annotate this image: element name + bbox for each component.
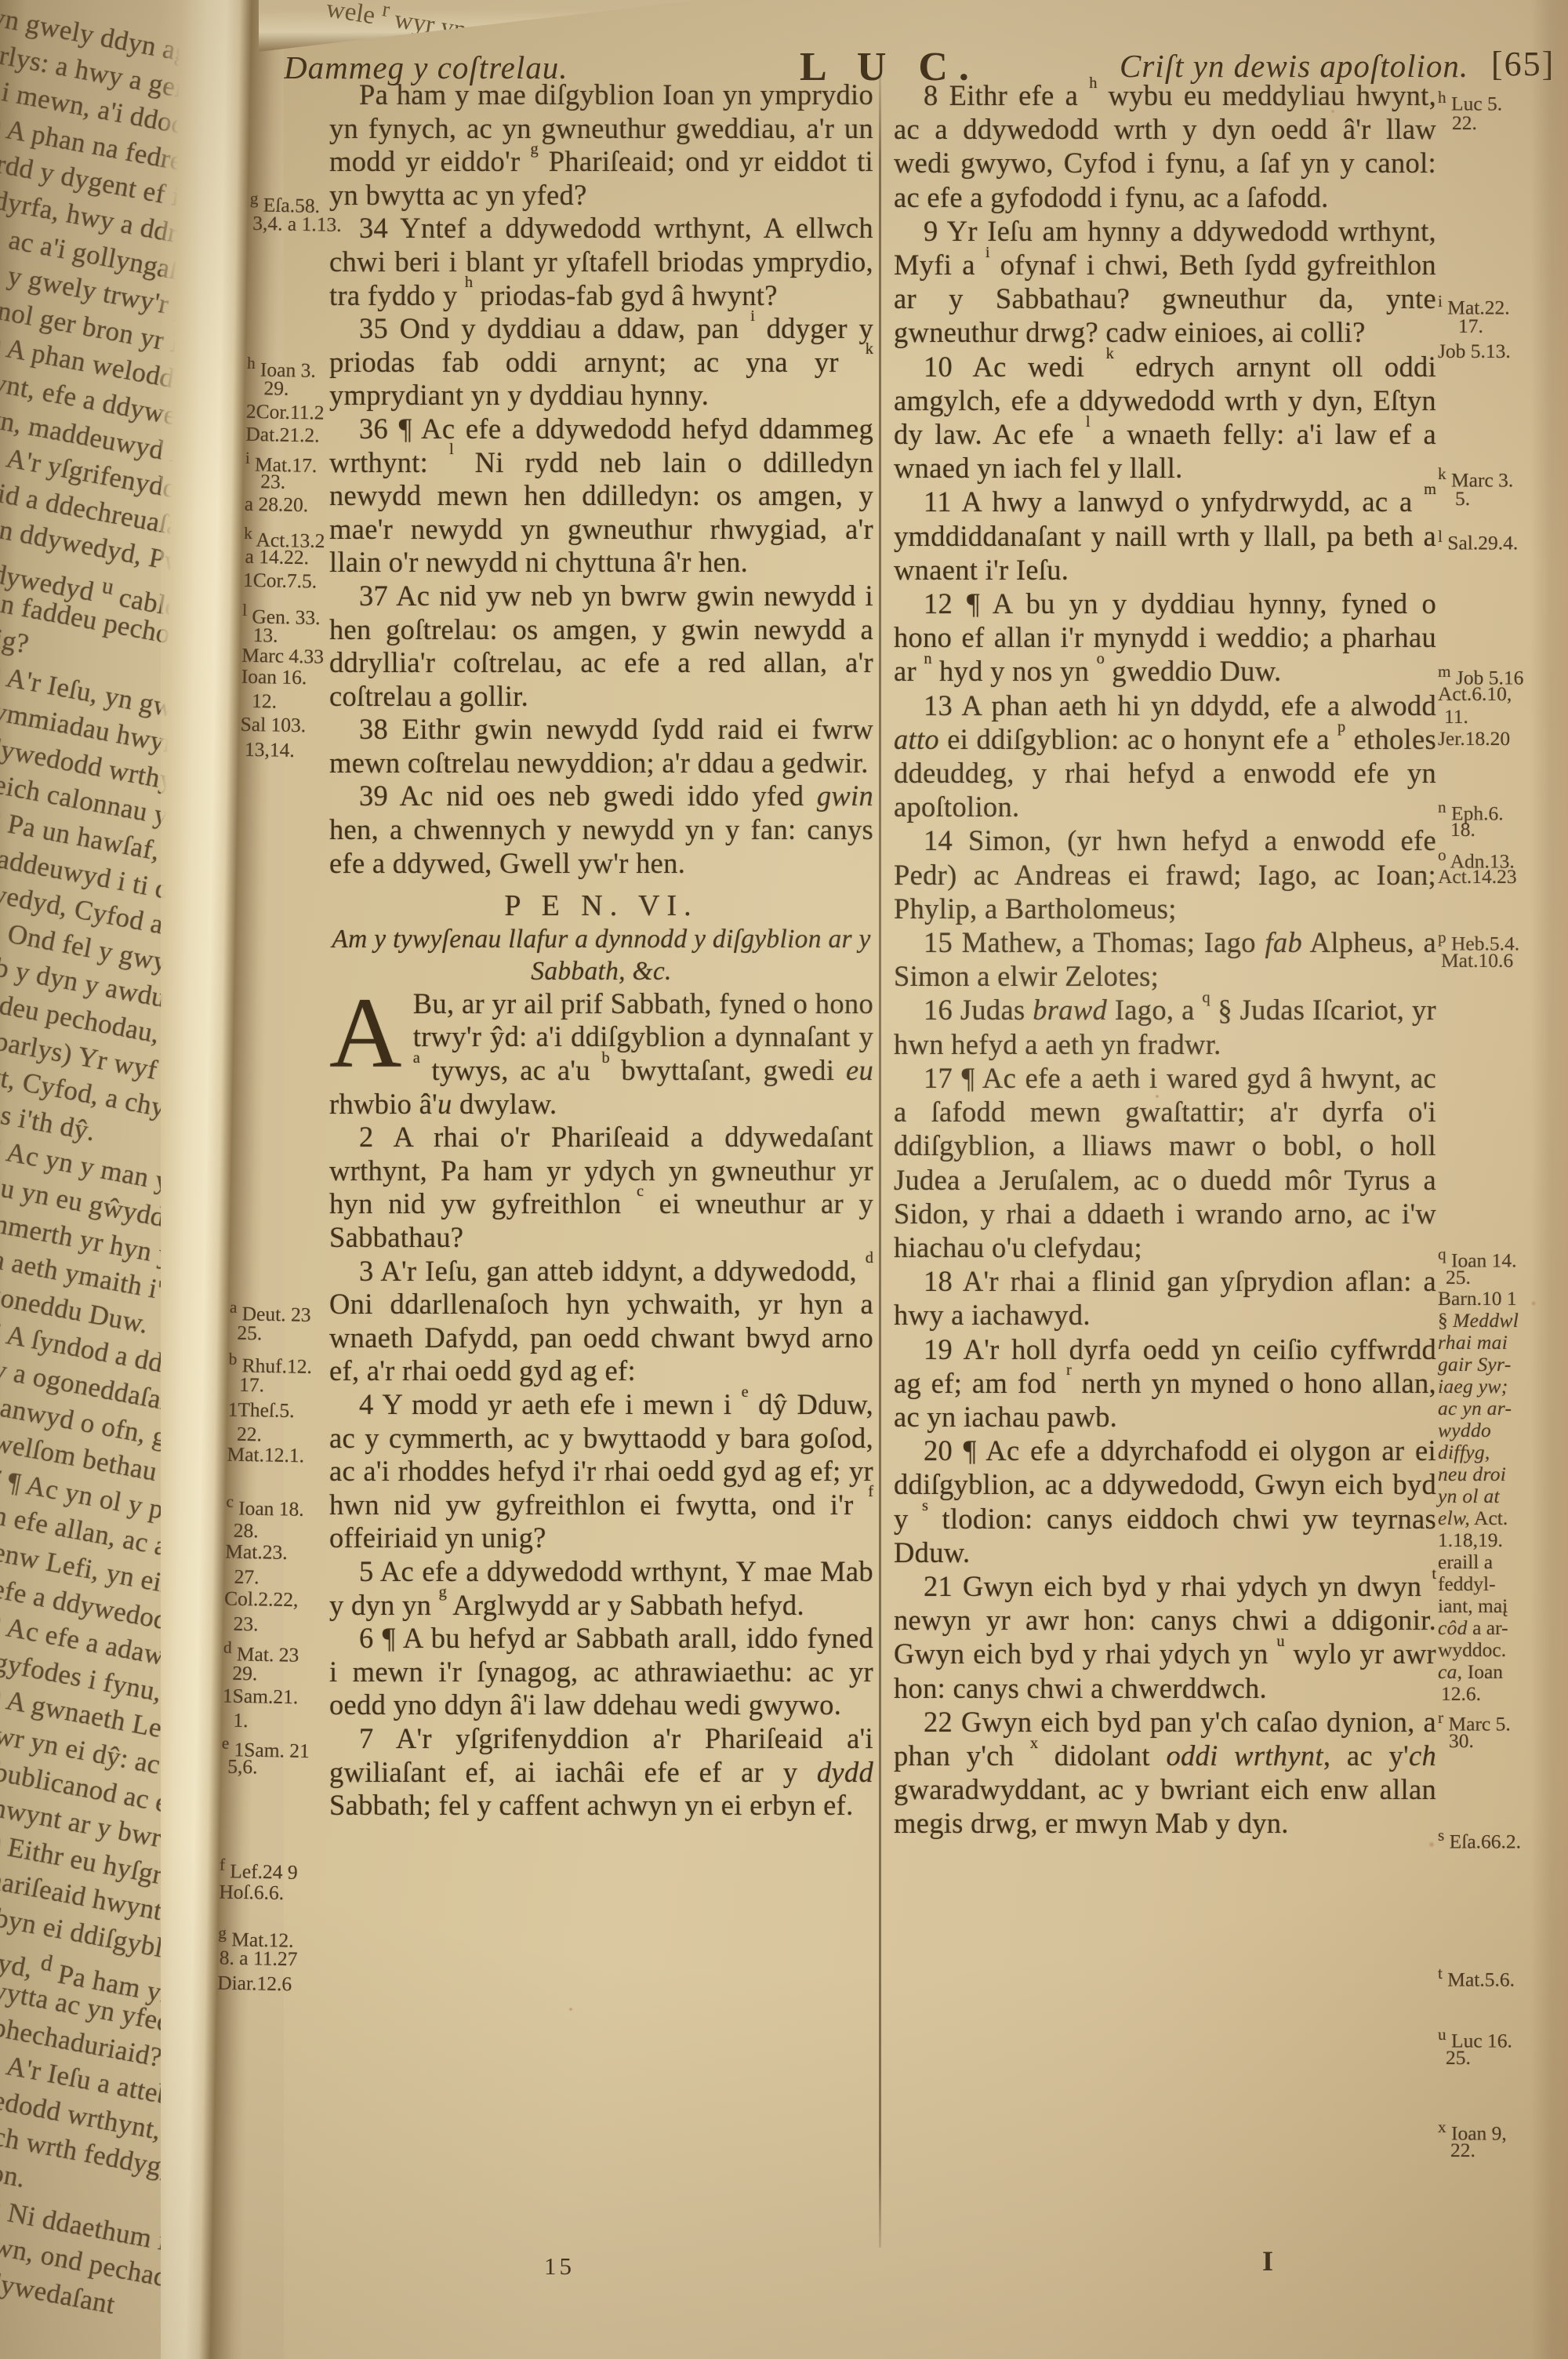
margin-note: iant, maį	[1438, 1595, 1508, 1617]
verse-paragraph: 9 Yr Ieſu am hynny a ddywedodd wrthynt, …	[894, 214, 1436, 350]
verse-paragraph: 22 Gwyn eich byd pan y'ch caſao dynion, …	[894, 1705, 1436, 1841]
margin-note: 30.	[1449, 1730, 1474, 1752]
margin-note: Diar.12.6	[217, 1972, 292, 1995]
margin-note: wyddoc.	[1438, 1639, 1506, 1661]
verse-paragraph: 15 Mathew, a Thomas; Iago fab Alpheus, a…	[894, 925, 1436, 993]
margin-note: 3,4. a 1.13.	[252, 213, 342, 236]
verse-paragraph: 34 Yntef a ddywedodd wrthynt, A ellwch c…	[329, 212, 873, 312]
margin-note: 29.	[232, 1663, 257, 1685]
verse-paragraph: 8 Eithr efe a h wybu eu meddyliau hwynt,…	[894, 78, 1436, 214]
margin-note: feddyl-	[1438, 1573, 1496, 1595]
verse-paragraph: 7 A'r yſgrifenyddion a'r Phariſeaid a'i …	[329, 1722, 873, 1823]
margin-note: Jer.18.20	[1438, 728, 1510, 750]
margin-note: a 14.22.	[245, 546, 309, 569]
margin-note: 25.	[1446, 1267, 1471, 1289]
margin-note: 1Sam.21.	[223, 1685, 299, 1709]
margin-note: Sal 103.	[240, 714, 306, 737]
margin-note: 11.	[1444, 706, 1468, 728]
margin-note: f Lef.24 9	[220, 1853, 298, 1883]
margin-note: wyddo	[1438, 1419, 1491, 1441]
margin-note: Mat.10.6	[1441, 950, 1513, 972]
margin-note: 22.	[1452, 112, 1477, 134]
margin-note: Ioan 16.	[241, 666, 307, 689]
margin-note: 22.	[1450, 2139, 1475, 2161]
margin-note: Act.6.10,	[1438, 683, 1512, 705]
margin-note: 25.	[237, 1322, 262, 1345]
verse-paragraph: 11 A hwy a lanwyd o ynfydrwydd, ac a m y…	[894, 485, 1436, 587]
verse-paragraph: 35 Ond y dyddiau a ddaw, pan i ddyger y …	[329, 312, 873, 413]
margin-note: gair Syr-	[1438, 1354, 1512, 1376]
verse-paragraph: 16 Judas brawd Iago, a q § Judas Iſcario…	[894, 993, 1436, 1060]
verse-paragraph: 20 ¶ Ac efe a ddyrchafodd ei olygon ar e…	[894, 1434, 1436, 1569]
verse-paragraph: 37 Ac nid yw neb yn bwrw gwin newydd i h…	[329, 580, 873, 713]
margin-note: 2Cor.11.2	[246, 401, 325, 424]
margin-note: 8. a 11.27	[220, 1946, 298, 1970]
margin-note: s Eſa.66.2.	[1438, 1824, 1521, 1853]
verse-paragraph: 13 A phan aeth hi yn ddydd, efe a alwodd…	[894, 689, 1436, 824]
margin-note: 23.	[260, 471, 285, 493]
margin-note: elw, Act.	[1438, 1507, 1508, 1529]
verse-paragraph: 38 Eithr gwin newydd ſydd raid ei fwrw m…	[329, 713, 873, 780]
verse-paragraph: Pa ham y mae diſgyblion Ioan yn ymprydio…	[329, 78, 873, 212]
margin-note: 1.18,19.	[1438, 1529, 1503, 1551]
right-text-column: 8 Eithr efe a h wybu eu meddyliau hwynt,…	[894, 78, 1436, 1841]
margin-note: ac yn ar-	[1438, 1398, 1512, 1419]
verse-paragraph: ABu, ar yr ail prif Sabbath, fyned o hon…	[329, 987, 873, 1121]
margin-note: 1.	[233, 1710, 249, 1732]
catchword: I	[1262, 2245, 1273, 2277]
margin-note: Job 5.13.	[1438, 340, 1511, 362]
margin-note: k Marc 3.	[1438, 463, 1513, 492]
margin-note: c Ioan 18.	[226, 1491, 304, 1521]
verse-paragraph: 19 A'r holl dyrfa oedd yn ceiſio cyffwrd…	[894, 1332, 1436, 1434]
verse-paragraph: 4 Y modd yr aeth efe i mewn i e dŷ Dduw,…	[329, 1388, 873, 1555]
margin-note: Mat.12.1.	[227, 1444, 304, 1467]
margin-note: 12.6.	[1441, 1683, 1481, 1705]
verse-paragraph: 39 Ac nid oes neb gwedi iddo yfed gwin h…	[329, 780, 873, 880]
verse-paragraph: 12 ¶ A bu yn y dyddiau hynny, fyned o ho…	[894, 587, 1436, 689]
column-divider-rule	[879, 75, 881, 2248]
margin-note: Dat.21.2.	[245, 423, 320, 447]
margin-note: 1Cor.7.5.	[243, 569, 318, 593]
margin-note: yn ol at	[1438, 1485, 1500, 1507]
margin-note: 18.	[1450, 819, 1475, 841]
scanned-book-page: ewn gwely ddyn ag oeddparlys: a hwy a ge…	[0, 0, 1568, 2359]
verse-paragraph: 2 A rhai o'r Phariſeaid a ddywedaſant wr…	[329, 1121, 873, 1254]
chapter-heading: P E N. VI.	[329, 889, 873, 923]
margin-note: 5,6.	[227, 1756, 258, 1779]
margin-note: 17.	[239, 1374, 264, 1397]
margin-note: 5.	[1455, 488, 1470, 510]
margin-note: 28.	[234, 1520, 259, 1543]
margin-note: 29.	[263, 377, 289, 400]
margin-note: Barn.10 1	[1438, 1288, 1517, 1310]
margin-note: côd a ar-	[1438, 1617, 1508, 1639]
verse-paragraph: 21 Gwyn eich byd y rhai ydych yn dwyn t …	[894, 1569, 1436, 1705]
margin-note: 12.	[252, 690, 277, 713]
margin-note: neu droi	[1438, 1463, 1506, 1485]
margin-note: Hoſ.6.6.	[219, 1881, 284, 1904]
margin-note: 23.	[233, 1613, 258, 1636]
verse-paragraph: 10 Ac wedi k edrych arnynt oll oddi amgy…	[894, 350, 1436, 485]
margin-note: diffyg,	[1438, 1441, 1490, 1463]
verse-paragraph: 3 A'r Ieſu, gan atteb iddynt, a ddywedod…	[329, 1255, 873, 1388]
verse-paragraph: 14 Simon, (yr hwn hefyd a enwodd efe Ped…	[894, 823, 1436, 925]
verse-paragraph: 36 ¶ Ac efe a ddywedodd hefyd ddammeg wr…	[329, 413, 873, 580]
margin-note: 17.	[1458, 315, 1483, 337]
margin-note: 13,14.	[245, 739, 295, 761]
margin-note: eraill a	[1438, 1551, 1493, 1573]
margin-note: Col.2.22,	[224, 1588, 299, 1612]
margin-note: rhai mai	[1438, 1332, 1508, 1354]
left-text-column: Pa ham y mae diſgyblion Ioan yn ymprydio…	[329, 78, 873, 1823]
chapter-summary: Am y tywyſenau llafur a dynnodd y diſgyb…	[329, 923, 873, 987]
margin-note: ca, Ioan	[1438, 1661, 1503, 1683]
verse-paragraph: 18 A'r rhai a flinid gan yſprydion aflan…	[894, 1264, 1436, 1332]
verse-paragraph: 6 ¶ A bu hefyd ar Sabbath arall, iddo fy…	[329, 1622, 873, 1722]
margin-note: t Mat.5.6.	[1438, 1962, 1515, 1991]
verse-paragraph: 5 Ac efe a ddywedodd wrthynt, Y mae Mab …	[329, 1555, 873, 1622]
verse-paragraph: 17 ¶ Ac efe a aeth i wared gyd â hwynt, …	[894, 1061, 1436, 1264]
margin-note: § Meddwl	[1438, 1310, 1519, 1332]
right-margin-notes: h Luc 5.22.i Mat.22.17.Job 5.13.k Marc 3…	[1438, 0, 1566, 2359]
margin-note: a 28.20.	[245, 493, 309, 516]
margin-note: 27.	[234, 1566, 259, 1589]
margin-note: 1Theſ.5.	[227, 1399, 294, 1423]
margin-note: Mat.23.	[225, 1541, 288, 1564]
signature-mark: 15	[544, 2252, 575, 2281]
margin-note: l Sal.29.4.	[1438, 525, 1518, 554]
margin-note: iaeg yw;	[1438, 1376, 1508, 1398]
margin-note: 25.	[1446, 2047, 1471, 2069]
margin-note: Act.14.23	[1438, 866, 1517, 888]
